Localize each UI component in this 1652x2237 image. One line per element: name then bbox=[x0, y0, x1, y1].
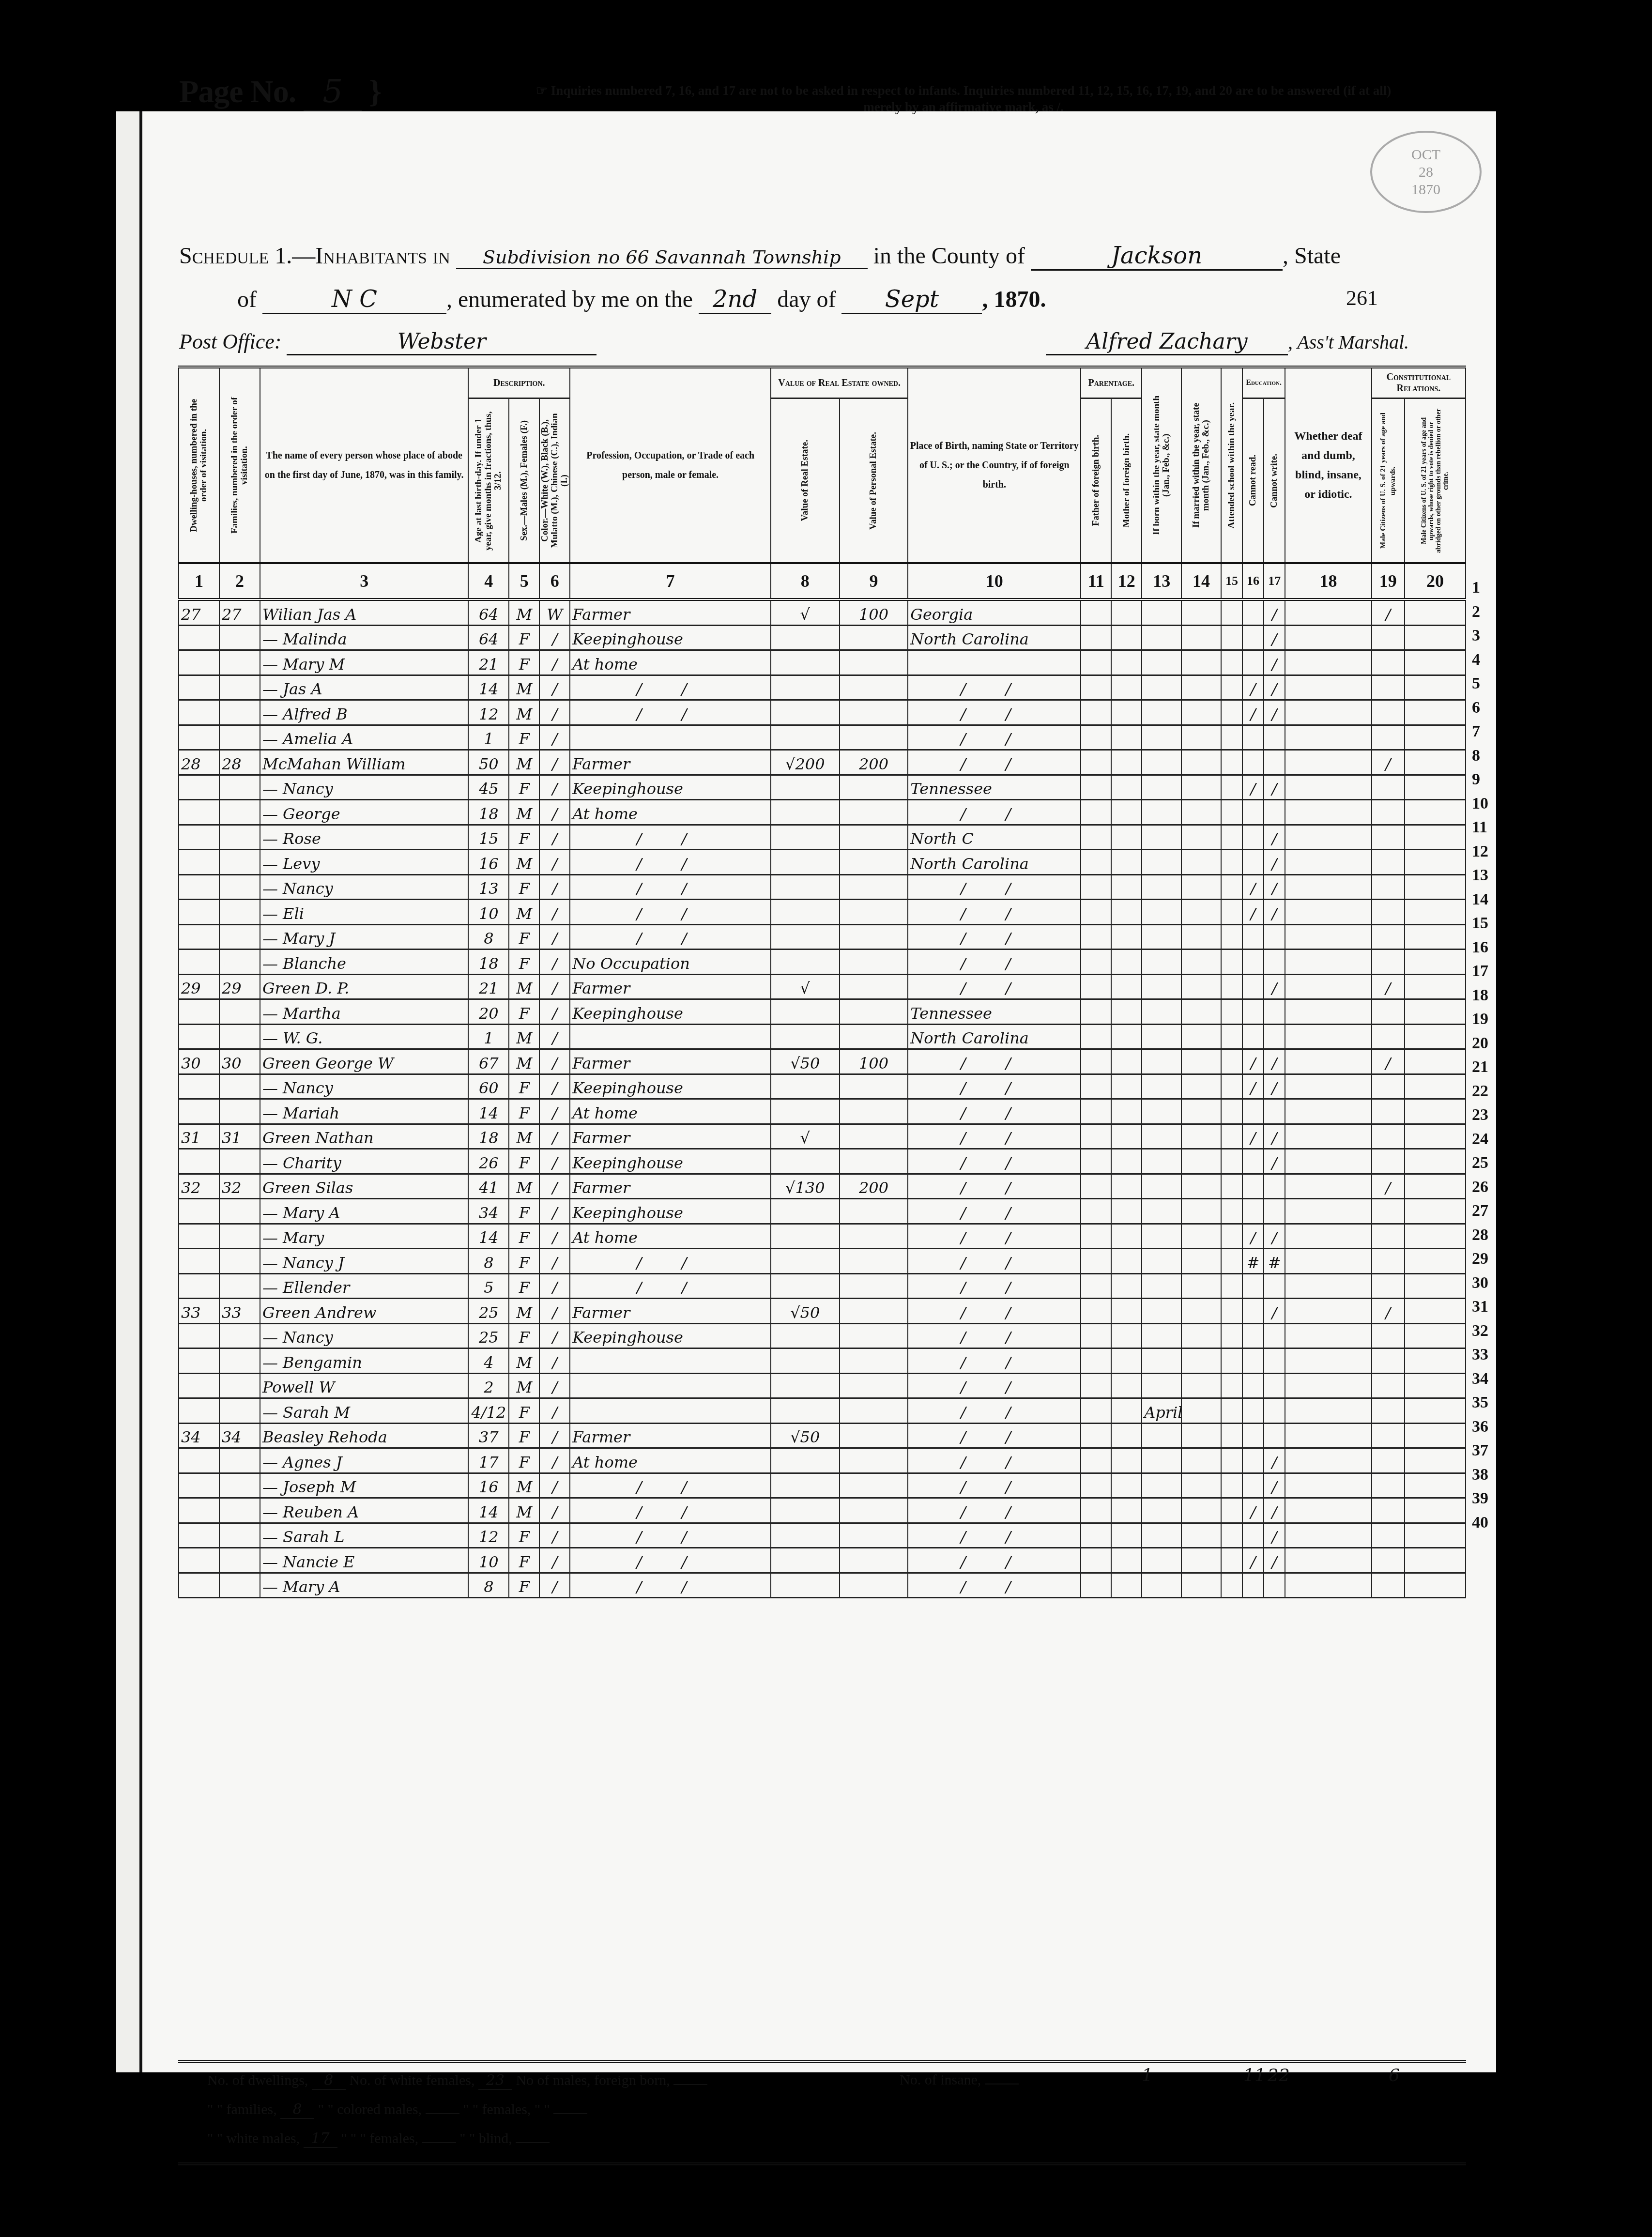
line-number: 20 bbox=[1472, 1034, 1488, 1053]
birthplace: North Carolina bbox=[908, 625, 1081, 650]
occupation: / / bbox=[570, 700, 771, 725]
person-name: McMahan William bbox=[260, 750, 468, 775]
dwelling-number bbox=[179, 1024, 219, 1049]
enumeration-line: of N C, enumerated by me on the 2nd day … bbox=[237, 286, 1046, 314]
person-name: — Mary A bbox=[260, 1199, 468, 1224]
born-month: April bbox=[1142, 1398, 1181, 1424]
real-estate-value: √50 bbox=[771, 1423, 840, 1448]
deaf-blind bbox=[1285, 675, 1371, 700]
occupation: At home bbox=[570, 800, 771, 825]
cannot-write: / bbox=[1264, 775, 1285, 800]
attended-school bbox=[1221, 1423, 1242, 1448]
deaf-blind bbox=[1285, 1149, 1371, 1174]
deaf-blind bbox=[1285, 900, 1371, 925]
person-name: — Nancy J bbox=[260, 1249, 468, 1274]
sex: M bbox=[509, 1124, 539, 1149]
header-dwelling: Dwelling-houses, numbered in the order o… bbox=[179, 367, 219, 563]
schedule-line: Schedule 1.—Inhabitants in Subdivision n… bbox=[179, 242, 1341, 271]
cannot-write bbox=[1264, 1423, 1285, 1448]
deaf-blind bbox=[1285, 775, 1371, 800]
personal-estate-value bbox=[840, 825, 908, 850]
sex: M bbox=[509, 1473, 539, 1498]
father-foreign bbox=[1081, 725, 1111, 750]
real-estate-value bbox=[771, 1099, 840, 1124]
person-name: — Blanche bbox=[260, 950, 468, 975]
dwelling-number bbox=[179, 999, 219, 1025]
person-name: — Mary bbox=[260, 1224, 468, 1249]
table-row: — Mary A34F/Keepinghouse/ / bbox=[179, 1199, 1466, 1224]
birthplace: / / bbox=[908, 750, 1081, 775]
cannot-read bbox=[1242, 1323, 1264, 1348]
married-month bbox=[1181, 1373, 1221, 1398]
personal-estate-value: 100 bbox=[840, 1049, 908, 1074]
birthplace: / / bbox=[908, 800, 1081, 825]
mother-foreign bbox=[1111, 825, 1142, 850]
vote-denied bbox=[1405, 1548, 1466, 1573]
summary-row-3: " " white males, 17 " " " females, " " b… bbox=[207, 2130, 550, 2148]
color: / bbox=[539, 1348, 570, 1374]
mother-foreign bbox=[1111, 850, 1142, 875]
cannot-write bbox=[1264, 1199, 1285, 1224]
color: / bbox=[539, 1074, 570, 1099]
header-cannot-write: Cannot write. bbox=[1264, 398, 1285, 564]
vote-denied bbox=[1405, 1373, 1466, 1398]
table-row: — Charity26F/Keepinghouse/ // bbox=[179, 1149, 1466, 1174]
dwelling-number bbox=[179, 1373, 219, 1398]
occupation: Keepinghouse bbox=[570, 775, 771, 800]
table-row: Powell W2M// / bbox=[179, 1373, 1466, 1398]
person-name: — Nancy bbox=[260, 1323, 468, 1348]
real-estate-value bbox=[771, 675, 840, 700]
age: 17 bbox=[468, 1448, 509, 1473]
dwelling-number bbox=[179, 1074, 219, 1099]
occupation: / / bbox=[570, 1548, 771, 1573]
real-estate-value bbox=[771, 1398, 840, 1424]
attended-school bbox=[1221, 725, 1242, 750]
cannot-write: / bbox=[1264, 599, 1285, 625]
age: 64 bbox=[468, 625, 509, 650]
families-count: 8 bbox=[280, 2101, 314, 2119]
attended-school bbox=[1221, 800, 1242, 825]
person-name: — Rose bbox=[260, 825, 468, 850]
cannot-read bbox=[1242, 924, 1264, 950]
male-citizen bbox=[1372, 800, 1405, 825]
mother-foreign bbox=[1111, 1024, 1142, 1049]
color: / bbox=[539, 850, 570, 875]
dwelling-number: 34 bbox=[179, 1423, 219, 1448]
color: / bbox=[539, 650, 570, 675]
married-month bbox=[1181, 900, 1221, 925]
header-parentage-group: Parentage. bbox=[1081, 367, 1142, 398]
born-month bbox=[1142, 1273, 1181, 1299]
line-number: 30 bbox=[1472, 1274, 1488, 1292]
age: 18 bbox=[468, 1124, 509, 1149]
male-citizen bbox=[1372, 874, 1405, 900]
census-table: Dwelling-houses, numbered in the order o… bbox=[178, 366, 1466, 1598]
vote-denied bbox=[1405, 850, 1466, 875]
occupation: / / bbox=[570, 1498, 771, 1523]
dwelling-number: 29 bbox=[179, 974, 219, 999]
line-number: 6 bbox=[1472, 699, 1480, 717]
family-number bbox=[219, 874, 260, 900]
male-citizen: / bbox=[1372, 599, 1405, 625]
real-estate-value bbox=[771, 1473, 840, 1498]
mother-foreign bbox=[1111, 599, 1142, 625]
attended-school bbox=[1221, 1273, 1242, 1299]
born-month bbox=[1142, 950, 1181, 975]
header-born-within-year: If born within the year, state month (Ja… bbox=[1142, 367, 1181, 563]
real-estate-value bbox=[771, 1149, 840, 1174]
line-number: 9 bbox=[1472, 770, 1480, 789]
married-month bbox=[1181, 1024, 1221, 1049]
header-personal-estate: Value of Personal Estate. bbox=[840, 398, 908, 564]
age: 25 bbox=[468, 1323, 509, 1348]
attended-school bbox=[1221, 1024, 1242, 1049]
sex: M bbox=[509, 1373, 539, 1398]
married-month bbox=[1181, 850, 1221, 875]
sex: F bbox=[509, 1099, 539, 1124]
male-citizen: / bbox=[1372, 974, 1405, 999]
family-number bbox=[219, 700, 260, 725]
deaf-blind bbox=[1285, 999, 1371, 1025]
cannot-write bbox=[1264, 1348, 1285, 1374]
birthplace: / / bbox=[908, 1149, 1081, 1174]
age: 12 bbox=[468, 1523, 509, 1548]
line-number: 2 bbox=[1472, 603, 1480, 621]
birthplace: / / bbox=[908, 1124, 1081, 1149]
sex: M bbox=[509, 1299, 539, 1324]
person-name: Green D. P. bbox=[260, 974, 468, 999]
attended-school bbox=[1221, 950, 1242, 975]
of-label: of bbox=[237, 287, 257, 312]
vote-denied bbox=[1405, 874, 1466, 900]
color: / bbox=[539, 675, 570, 700]
male-citizen bbox=[1372, 675, 1405, 700]
age: 10 bbox=[468, 900, 509, 925]
personal-estate-value bbox=[840, 1323, 908, 1348]
color: / bbox=[539, 1548, 570, 1573]
mother-foreign bbox=[1111, 1423, 1142, 1448]
family-number bbox=[219, 650, 260, 675]
married-month bbox=[1181, 924, 1221, 950]
married-month bbox=[1181, 1573, 1221, 1598]
male-citizen bbox=[1372, 700, 1405, 725]
dwelling-number bbox=[179, 650, 219, 675]
father-foreign bbox=[1081, 999, 1111, 1025]
person-name: — Mariah bbox=[260, 1099, 468, 1124]
born-month bbox=[1142, 999, 1181, 1025]
color: / bbox=[539, 1049, 570, 1074]
born-month bbox=[1142, 1548, 1181, 1573]
birthplace: Tennessee bbox=[908, 775, 1081, 800]
person-name: — W. G. bbox=[260, 1024, 468, 1049]
vote-denied bbox=[1405, 1273, 1466, 1299]
table-row: — Amelia A1F// / bbox=[179, 725, 1466, 750]
birthplace: / / bbox=[908, 1299, 1081, 1324]
page-no-value: 5 bbox=[304, 73, 362, 111]
family-number: 34 bbox=[219, 1423, 260, 1448]
color: / bbox=[539, 950, 570, 975]
person-name: — Alfred B bbox=[260, 700, 468, 725]
header-constitutional-group: Constitutional Relations. bbox=[1372, 367, 1466, 398]
color: / bbox=[539, 1398, 570, 1424]
real-estate-value: √200 bbox=[771, 750, 840, 775]
total-born-in-year: 1 bbox=[1142, 2066, 1153, 2085]
sex: M bbox=[509, 900, 539, 925]
line-number: 18 bbox=[1472, 986, 1488, 1005]
attended-school bbox=[1221, 850, 1242, 875]
dwellings-count: 8 bbox=[312, 2072, 346, 2090]
sex: M bbox=[509, 850, 539, 875]
family-number bbox=[219, 1273, 260, 1299]
summary-row-1: No. of dwellings, 8 No. of white females… bbox=[207, 2072, 707, 2090]
vote-denied bbox=[1405, 725, 1466, 750]
real-estate-value bbox=[771, 800, 840, 825]
attended-school bbox=[1221, 1199, 1242, 1224]
dwelling-number bbox=[179, 1323, 219, 1348]
married-month bbox=[1181, 999, 1221, 1025]
line-number: 4 bbox=[1472, 651, 1480, 669]
age: 14 bbox=[468, 1498, 509, 1523]
father-foreign bbox=[1081, 1124, 1111, 1149]
deaf-blind bbox=[1285, 625, 1371, 650]
married-month bbox=[1181, 1473, 1221, 1498]
birthplace: North Carolina bbox=[908, 850, 1081, 875]
personal-estate-value bbox=[840, 974, 908, 999]
attended-school bbox=[1221, 1398, 1242, 1424]
occupation: / / bbox=[570, 900, 771, 925]
total-cannot-read: 11 bbox=[1243, 2066, 1266, 2085]
person-name: — Mary J bbox=[260, 924, 468, 950]
vote-denied bbox=[1405, 1149, 1466, 1174]
header-education-group: Education. bbox=[1242, 367, 1285, 398]
married-month bbox=[1181, 1523, 1221, 1548]
age: 41 bbox=[468, 1174, 509, 1199]
personal-estate-value bbox=[840, 1523, 908, 1548]
born-month bbox=[1142, 650, 1181, 675]
sex: F bbox=[509, 825, 539, 850]
family-number bbox=[219, 1398, 260, 1424]
family-number: 32 bbox=[219, 1174, 260, 1199]
color: / bbox=[539, 750, 570, 775]
color: / bbox=[539, 1423, 570, 1448]
page-binding-edge bbox=[116, 111, 142, 2072]
attended-school bbox=[1221, 1373, 1242, 1398]
dwelling-number bbox=[179, 950, 219, 975]
line-number: 14 bbox=[1472, 890, 1488, 909]
attended-school bbox=[1221, 1323, 1242, 1348]
born-month bbox=[1142, 1199, 1181, 1224]
birthplace: / / bbox=[908, 1523, 1081, 1548]
male-citizen bbox=[1372, 1498, 1405, 1523]
born-month bbox=[1142, 1448, 1181, 1473]
mother-foreign bbox=[1111, 1498, 1142, 1523]
sex: F bbox=[509, 725, 539, 750]
family-number: 29 bbox=[219, 974, 260, 999]
person-name: Wilian Jas A bbox=[260, 599, 468, 625]
family-number bbox=[219, 1074, 260, 1099]
personal-estate-value bbox=[840, 1548, 908, 1573]
born-month bbox=[1142, 1249, 1181, 1274]
birthplace: / / bbox=[908, 1224, 1081, 1249]
dwelling-number bbox=[179, 1348, 219, 1374]
family-number: 33 bbox=[219, 1299, 260, 1324]
families-label: " " families, bbox=[207, 2101, 277, 2117]
line-number: 22 bbox=[1472, 1082, 1488, 1101]
personal-estate-value bbox=[840, 900, 908, 925]
deaf-blind bbox=[1285, 825, 1371, 850]
sex: M bbox=[509, 675, 539, 700]
cannot-write bbox=[1264, 800, 1285, 825]
cannot-write bbox=[1264, 750, 1285, 775]
mother-foreign bbox=[1111, 974, 1142, 999]
line-number: 25 bbox=[1472, 1154, 1488, 1172]
person-name: Powell W bbox=[260, 1373, 468, 1398]
real-estate-value bbox=[771, 1448, 840, 1473]
real-estate-value bbox=[771, 874, 840, 900]
sex: M bbox=[509, 1049, 539, 1074]
deaf-blind bbox=[1285, 1398, 1371, 1424]
sex: F bbox=[509, 1149, 539, 1174]
father-foreign bbox=[1081, 1398, 1111, 1424]
cannot-write: / bbox=[1264, 850, 1285, 875]
line-number: 24 bbox=[1472, 1130, 1488, 1149]
dwelling-number bbox=[179, 1548, 219, 1573]
married-month bbox=[1181, 1224, 1221, 1249]
females-foreign-label: " " females, " " bbox=[463, 2101, 550, 2117]
county-label: in the County of bbox=[873, 243, 1025, 269]
color: / bbox=[539, 1299, 570, 1324]
color: / bbox=[539, 1099, 570, 1124]
age: 14 bbox=[468, 1224, 509, 1249]
cannot-read bbox=[1242, 1273, 1264, 1299]
deaf-blind bbox=[1285, 874, 1371, 900]
occupation bbox=[570, 725, 771, 750]
occupation: Keepinghouse bbox=[570, 1149, 771, 1174]
father-foreign bbox=[1081, 1373, 1111, 1398]
father-foreign bbox=[1081, 874, 1111, 900]
dwelling-number bbox=[179, 825, 219, 850]
page-no-label: Page No. bbox=[179, 74, 296, 109]
real-estate-value bbox=[771, 700, 840, 725]
personal-estate-value bbox=[840, 1373, 908, 1398]
table-row: — Levy16M// /North Carolina/ bbox=[179, 850, 1466, 875]
birthplace: / / bbox=[908, 1273, 1081, 1299]
attended-school bbox=[1221, 700, 1242, 725]
male-citizen bbox=[1372, 625, 1405, 650]
cannot-write bbox=[1264, 999, 1285, 1025]
family-number bbox=[219, 825, 260, 850]
cannot-read bbox=[1242, 1473, 1264, 1498]
born-month bbox=[1142, 800, 1181, 825]
person-name: Green Silas bbox=[260, 1174, 468, 1199]
insane-count bbox=[985, 2084, 1019, 2084]
attended-school bbox=[1221, 1249, 1242, 1274]
cannot-read bbox=[1242, 999, 1264, 1025]
personal-estate-value bbox=[840, 675, 908, 700]
birthplace: / / bbox=[908, 1473, 1081, 1498]
real-estate-value bbox=[771, 1548, 840, 1573]
person-name: — Martha bbox=[260, 999, 468, 1025]
father-foreign bbox=[1081, 1498, 1111, 1523]
person-name: — Sarah L bbox=[260, 1523, 468, 1548]
born-month bbox=[1142, 1149, 1181, 1174]
dwelling-number bbox=[179, 1273, 219, 1299]
line-number: 36 bbox=[1472, 1418, 1488, 1436]
personal-estate-value bbox=[840, 1099, 908, 1124]
married-month bbox=[1181, 1423, 1221, 1448]
real-estate-value bbox=[771, 1024, 840, 1049]
real-estate-value bbox=[771, 650, 840, 675]
occupation bbox=[570, 1024, 771, 1049]
table-row: 3232Green Silas41M/Farmer√130200/ // bbox=[179, 1174, 1466, 1199]
dwelling-number bbox=[179, 1224, 219, 1249]
color: / bbox=[539, 775, 570, 800]
born-month bbox=[1142, 1049, 1181, 1074]
stamp-year: 1870 bbox=[1372, 181, 1480, 199]
attended-school bbox=[1221, 1074, 1242, 1099]
table-row: — Martha20F/KeepinghouseTennessee bbox=[179, 999, 1466, 1025]
cannot-read bbox=[1242, 1348, 1264, 1374]
cannot-write bbox=[1264, 1573, 1285, 1598]
sex: M bbox=[509, 700, 539, 725]
father-foreign bbox=[1081, 1099, 1111, 1124]
family-number bbox=[219, 1373, 260, 1398]
person-name: — Bengamin bbox=[260, 1348, 468, 1374]
white-females-count: 23 bbox=[478, 2072, 512, 2090]
male-citizen bbox=[1372, 1074, 1405, 1099]
vote-denied bbox=[1405, 750, 1466, 775]
birthplace: / / bbox=[908, 874, 1081, 900]
person-name: — Agnes J bbox=[260, 1448, 468, 1473]
deaf-blind bbox=[1285, 1573, 1371, 1598]
marshal-line: Alfred Zachary, Ass't Marshal. bbox=[1046, 329, 1409, 355]
mother-foreign bbox=[1111, 775, 1142, 800]
sex: F bbox=[509, 1224, 539, 1249]
occupation: / / bbox=[570, 1273, 771, 1299]
header-sex: Sex.—Males (M.), Females (F.) bbox=[509, 398, 539, 564]
mother-foreign bbox=[1111, 1398, 1142, 1424]
vote-denied bbox=[1405, 825, 1466, 850]
age: 16 bbox=[468, 850, 509, 875]
cannot-read bbox=[1242, 1099, 1264, 1124]
sex: F bbox=[509, 1573, 539, 1598]
summary-row-2: " " families, 8 " " colored males, " " f… bbox=[207, 2101, 587, 2119]
male-citizen bbox=[1372, 900, 1405, 925]
vote-denied bbox=[1405, 775, 1466, 800]
dwelling-number bbox=[179, 1398, 219, 1424]
table-row: — Nancy J8F// // /## bbox=[179, 1249, 1466, 1274]
attended-school bbox=[1221, 1473, 1242, 1498]
stamp-month: OCT bbox=[1372, 146, 1480, 164]
attended-school bbox=[1221, 1299, 1242, 1324]
real-estate-value bbox=[771, 924, 840, 950]
real-estate-value: √ bbox=[771, 599, 840, 625]
married-month bbox=[1181, 1323, 1221, 1348]
table-row: — Jas A14M// // /// bbox=[179, 675, 1466, 700]
mother-foreign bbox=[1111, 725, 1142, 750]
born-month bbox=[1142, 775, 1181, 800]
deaf-blind bbox=[1285, 924, 1371, 950]
personal-estate-value bbox=[840, 1024, 908, 1049]
occupation: / / bbox=[570, 1573, 771, 1598]
attended-school bbox=[1221, 1348, 1242, 1374]
birthplace: / / bbox=[908, 1249, 1081, 1274]
male-citizen bbox=[1372, 1099, 1405, 1124]
male-citizen: / bbox=[1372, 1049, 1405, 1074]
dwelling-number bbox=[179, 625, 219, 650]
age: 12 bbox=[468, 700, 509, 725]
